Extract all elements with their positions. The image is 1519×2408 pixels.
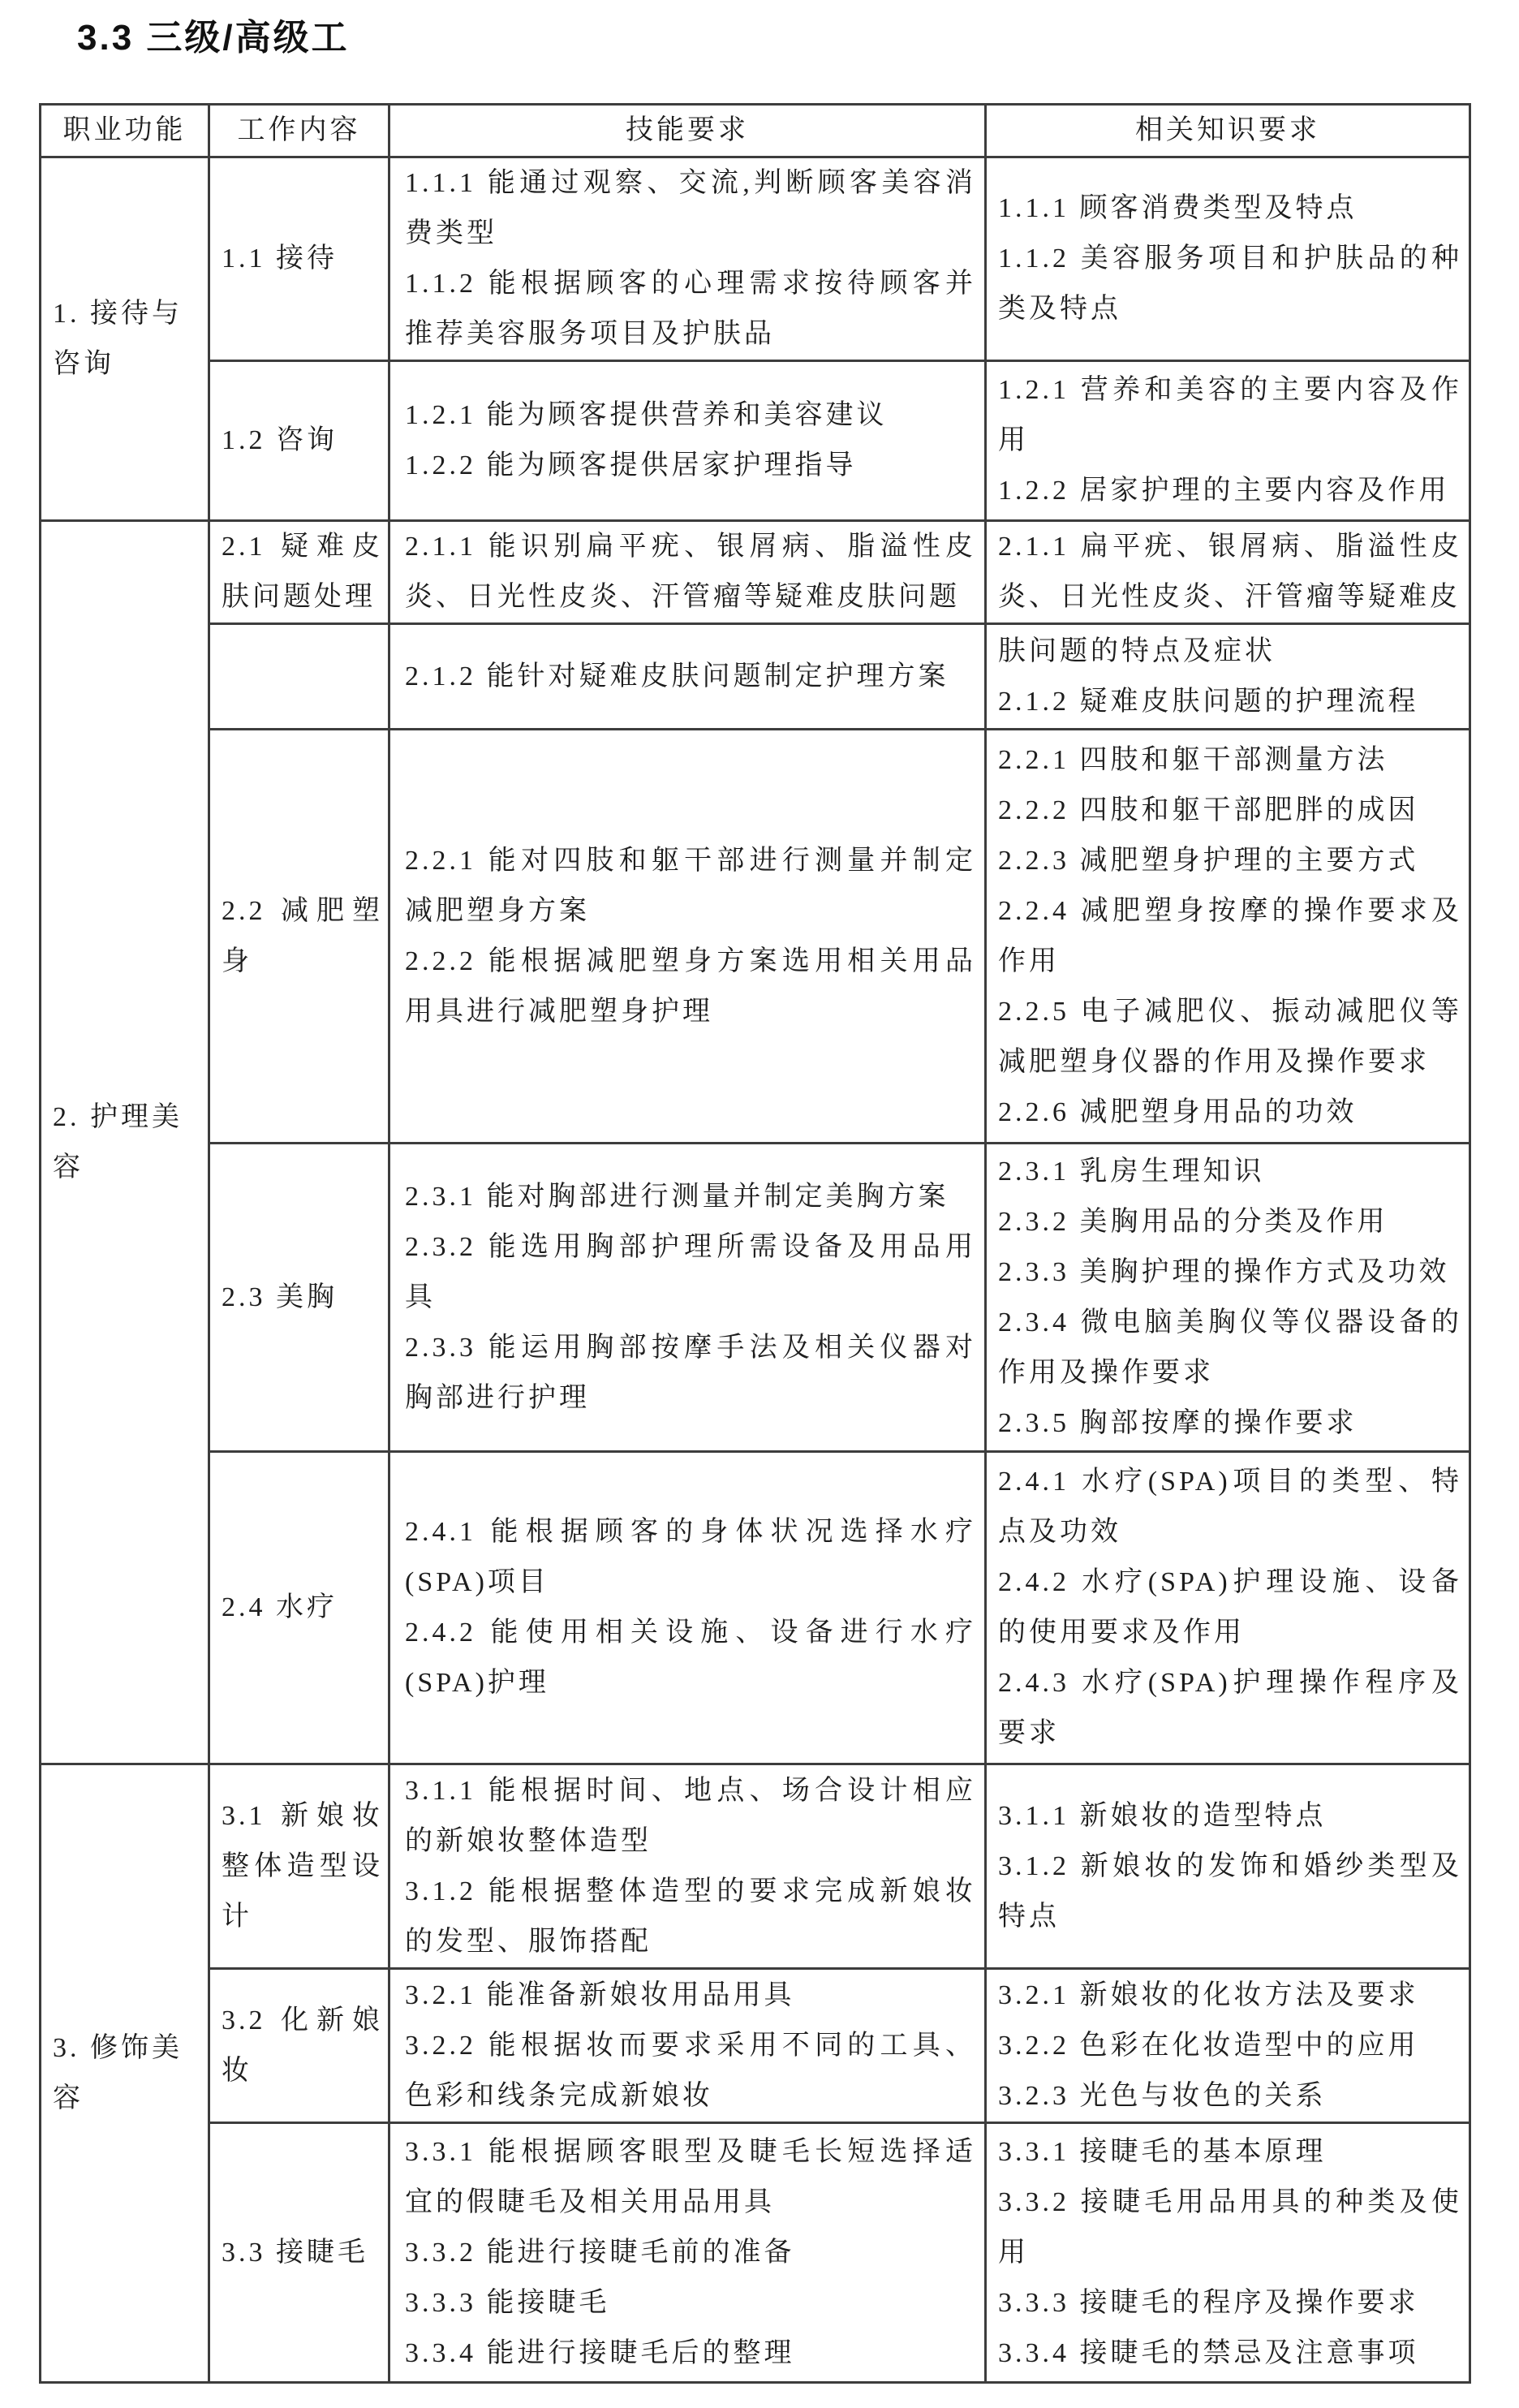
cell-knowledge-2-1b: 肤问题的特点及症状 2.1.2 疑难皮肤问题的护理流程 bbox=[986, 624, 1470, 730]
cell-content-2-4: 2.4 水疗 bbox=[209, 1452, 389, 1764]
cell-skills-2-4: 2.4.1 能根据顾客的身体状况选择水疗(SPA)项目 2.4.2 能使用相关设… bbox=[389, 1452, 986, 1764]
table-row-1-1: 1. 接待与咨询 1.1 接待 1.1.1 能通过观察、交流,判断顾客美容消费类… bbox=[41, 157, 1470, 361]
cell-knowledge-1-1: 1.1.1 顾客消费类型及特点 1.1.2 美容服务项目和护肤品的种类及特点 bbox=[986, 157, 1470, 361]
cell-content-1-1: 1.1 接待 bbox=[209, 157, 389, 361]
cell-skills-3-2: 3.2.1 能准备新娘妆用品用具 3.2.2 能根据妆而要求采用不同的工具、色彩… bbox=[389, 1969, 986, 2123]
occupational-standard-table: 职业功能 工作内容 技能要求 相关知识要求 1. 接待与咨询 1.1 接待 1.… bbox=[39, 103, 1471, 2384]
cell-content-2-1b bbox=[209, 624, 389, 730]
table-row-3-3: 3.3 接睫毛 3.3.1 能根据顾客眼型及睫毛长短选择适宜的假睫毛及相关用品用… bbox=[41, 2123, 1470, 2383]
cell-skills-2-1b: 2.1.2 能针对疑难皮肤问题制定护理方案 bbox=[389, 624, 986, 730]
col-header-occupational-function: 职业功能 bbox=[41, 105, 209, 157]
table-row-3-2: 3.2 化新娘妆 3.2.1 能准备新娘妆用品用具 3.2.2 能根据妆而要求采… bbox=[41, 1969, 1470, 2123]
cell-function-2: 2. 护理美容 bbox=[41, 521, 209, 1764]
document-page: 3.3 三级/高级工 职业功能 工作内容 技能要求 相关知识要求 1. 接待与咨… bbox=[0, 0, 1519, 2408]
cell-skills-2-1a: 2.1.1 能识别扁平疣、银屑病、脂溢性皮炎、日光性皮炎、汗管瘤等疑难皮肤问题 bbox=[389, 521, 986, 624]
cell-skills-2-3: 2.3.1 能对胸部进行测量并制定美胸方案 2.3.2 能选用胸部护理所需设备及… bbox=[389, 1144, 986, 1452]
cell-content-2-2: 2.2 减肥塑身 bbox=[209, 730, 389, 1144]
cell-skills-3-3: 3.3.1 能根据顾客眼型及睫毛长短选择适宜的假睫毛及相关用品用具 3.3.2 … bbox=[389, 2123, 986, 2383]
table-row-1-2: 1.2 咨询 1.2.1 能为顾客提供营养和美容建议 1.2.2 能为顾客提供居… bbox=[41, 361, 1470, 521]
cell-knowledge-3-2: 3.2.1 新娘妆的化妆方法及要求 3.2.2 色彩在化妆造型中的应用 3.2.… bbox=[986, 1969, 1470, 2123]
cell-content-1-2: 1.2 咨询 bbox=[209, 361, 389, 521]
col-header-work-content: 工作内容 bbox=[209, 105, 389, 157]
cell-knowledge-3-3: 3.3.1 接睫毛的基本原理 3.3.2 接睫毛用品用具的种类及使用 3.3.3… bbox=[986, 2123, 1470, 2383]
cell-content-2-3: 2.3 美胸 bbox=[209, 1144, 389, 1452]
table-row-2-3: 2.3 美胸 2.3.1 能对胸部进行测量并制定美胸方案 2.3.2 能选用胸部… bbox=[41, 1144, 1470, 1452]
cell-knowledge-3-1: 3.1.1 新娘妆的造型特点 3.1.2 新娘妆的发饰和婚纱类型及特点 bbox=[986, 1764, 1470, 1969]
cell-knowledge-2-4: 2.4.1 水疗(SPA)项目的类型、特点及功效 2.4.2 水疗(SPA)护理… bbox=[986, 1452, 1470, 1764]
cell-content-3-3: 3.3 接睫毛 bbox=[209, 2123, 389, 2383]
table-header-row: 职业功能 工作内容 技能要求 相关知识要求 bbox=[41, 105, 1470, 157]
cell-function-3: 3. 修饰美容 bbox=[41, 1764, 209, 2383]
cell-skills-1-2: 1.2.1 能为顾客提供营养和美容建议 1.2.2 能为顾客提供居家护理指导 bbox=[389, 361, 986, 521]
cell-knowledge-1-2: 1.2.1 营养和美容的主要内容及作用 1.2.2 居家护理的主要内容及作用 bbox=[986, 361, 1470, 521]
cell-knowledge-2-2: 2.2.1 四肢和躯干部测量方法 2.2.2 四肢和躯干部肥胖的成因 2.2.3… bbox=[986, 730, 1470, 1144]
cell-knowledge-2-3: 2.3.1 乳房生理知识 2.3.2 美胸用品的分类及作用 2.3.3 美胸护理… bbox=[986, 1144, 1470, 1452]
table-row-2-1a: 2. 护理美容 2.1 疑难皮肤问题处理 2.1.1 能识别扁平疣、银屑病、脂溢… bbox=[41, 521, 1470, 624]
col-header-knowledge-requirements: 相关知识要求 bbox=[986, 105, 1470, 157]
cell-content-2-1: 2.1 疑难皮肤问题处理 bbox=[209, 521, 389, 624]
section-title: 3.3 三级/高级工 bbox=[77, 8, 350, 60]
table-row-2-2: 2.2 减肥塑身 2.2.1 能对四肢和躯干部进行测量并制定减肥塑身方案 2.2… bbox=[41, 730, 1470, 1144]
table-row-2-4: 2.4 水疗 2.4.1 能根据顾客的身体状况选择水疗(SPA)项目 2.4.2… bbox=[41, 1452, 1470, 1764]
cell-skills-2-2: 2.2.1 能对四肢和躯干部进行测量并制定减肥塑身方案 2.2.2 能根据减肥塑… bbox=[389, 730, 986, 1144]
col-header-skill-requirements: 技能要求 bbox=[389, 105, 986, 157]
cell-skills-3-1: 3.1.1 能根据时间、地点、场合设计相应的新娘妆整体造型 3.1.2 能根据整… bbox=[389, 1764, 986, 1969]
cell-skills-1-1: 1.1.1 能通过观察、交流,判断顾客美容消费类型 1.1.2 能根据顾客的心理… bbox=[389, 157, 986, 361]
table-row-3-1: 3. 修饰美容 3.1 新娘妆整体造型设计 3.1.1 能根据时间、地点、场合设… bbox=[41, 1764, 1470, 1969]
cell-content-3-1: 3.1 新娘妆整体造型设计 bbox=[209, 1764, 389, 1969]
cell-content-3-2: 3.2 化新娘妆 bbox=[209, 1969, 389, 2123]
cell-knowledge-2-1a: 2.1.1 扁平疣、银屑病、脂溢性皮炎、日光性皮炎、汗管瘤等疑难皮 bbox=[986, 521, 1470, 624]
cell-function-1: 1. 接待与咨询 bbox=[41, 157, 209, 521]
table-row-2-1b: 2.1.2 能针对疑难皮肤问题制定护理方案 肤问题的特点及症状 2.1.2 疑难… bbox=[41, 624, 1470, 730]
